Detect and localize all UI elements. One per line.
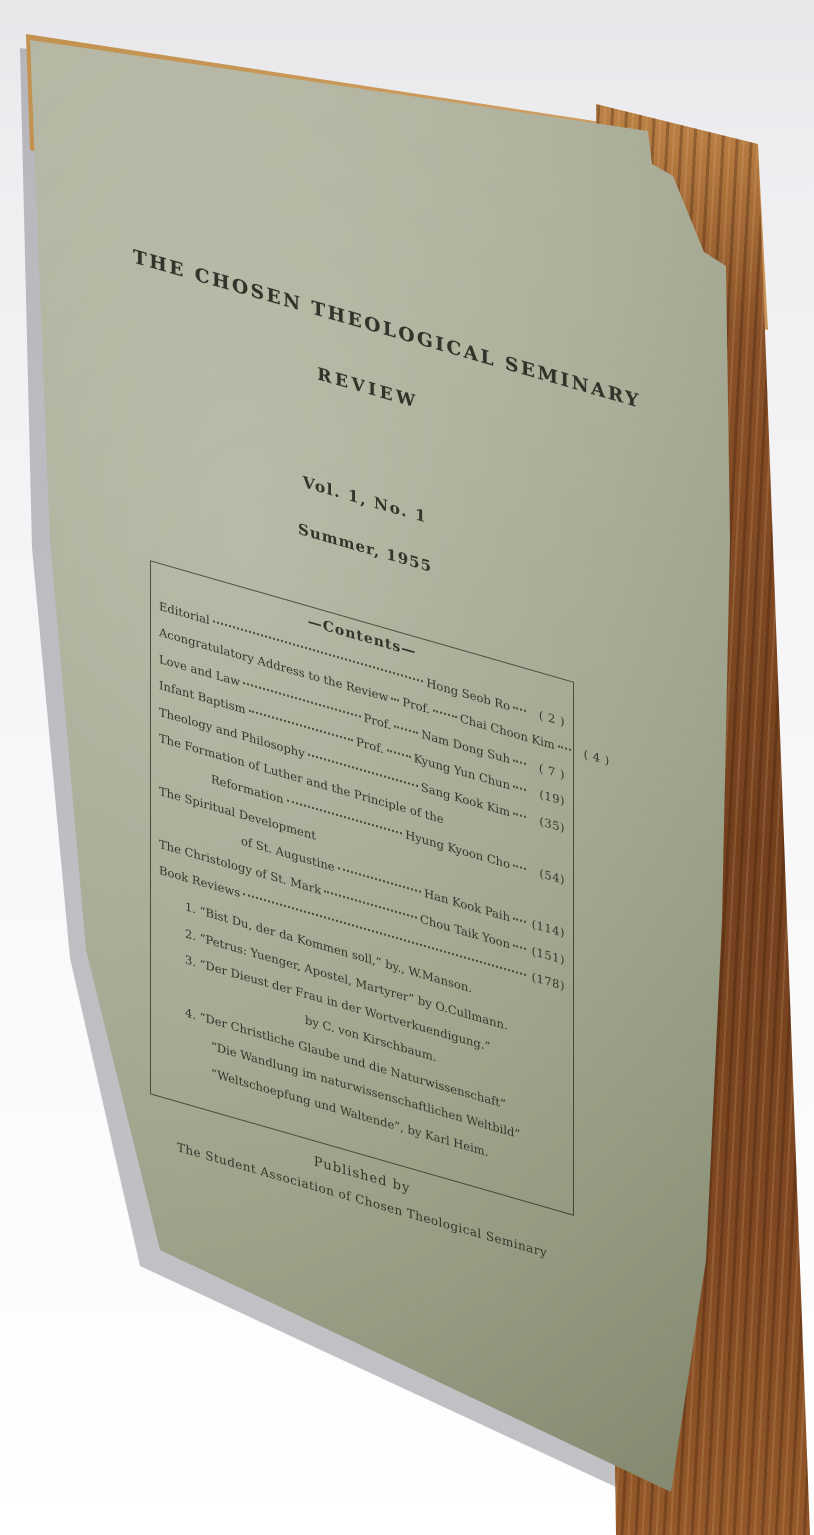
- dotted-leader: [513, 759, 526, 765]
- book-photo: THE CHOSEN THEOLOGICAL SEMINARY REVIEW V…: [0, 0, 814, 1535]
- dotted-leader: [433, 710, 457, 719]
- dotted-leader: [513, 812, 526, 818]
- title-block: THE CHOSEN THEOLOGICAL SEMINARY REVIEW: [133, 246, 603, 466]
- dotted-leader: [513, 917, 526, 923]
- dotted-leader: [513, 944, 526, 950]
- dotted-leader: [513, 865, 526, 871]
- dotted-leader: [391, 698, 399, 702]
- dotted-leader: [513, 786, 526, 792]
- dotted-leader: [394, 725, 418, 734]
- dotted-leader: [387, 749, 411, 758]
- dotted-leader: [513, 706, 526, 712]
- dotted-leader: [558, 746, 571, 752]
